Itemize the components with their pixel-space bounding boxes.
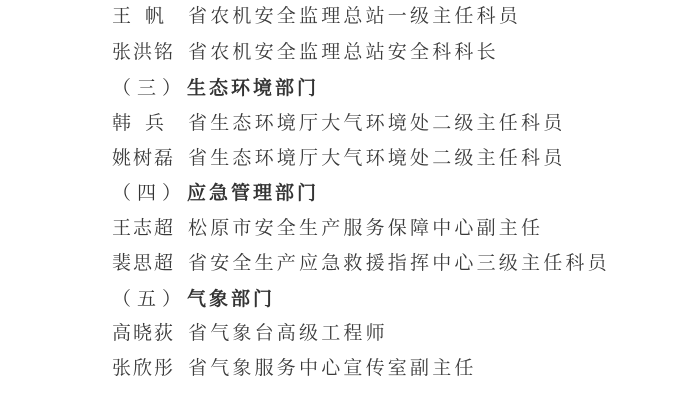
section-heading: （五）气象部门 — [112, 287, 275, 311]
person-name: 姚树磊 — [112, 146, 188, 170]
person-title: 省农机安全监理总站安全科科长 — [188, 41, 499, 63]
section-label: 气象部门 — [187, 288, 275, 310]
list-item: 韩兵省生态环境厅大气环境处二级主任科员 — [112, 111, 565, 135]
section-label: 生态环境部门 — [187, 77, 319, 99]
person-title: 省安全生产应急救援指挥中心三级主任科员 — [188, 252, 610, 274]
person-title: 松原市安全生产服务保障中心副主任 — [188, 217, 543, 239]
section-number: （三） — [112, 77, 187, 99]
document-page: 王帆省农机安全监理总站一级主任科员 张洪铭省农机安全监理总站安全科科长 （三）生… — [0, 0, 688, 395]
section-number: （四） — [112, 182, 187, 204]
list-item: 高晓荻省气象台高级工程师 — [112, 321, 388, 345]
list-item: 姚树磊省生态环境厅大气环境处二级主任科员 — [112, 146, 565, 170]
list-item: 王帆省农机安全监理总站一级主任科员 — [112, 4, 521, 28]
person-name: 张欣彤 — [112, 356, 188, 380]
person-name: 张洪铭 — [112, 40, 188, 64]
person-title: 省生态环境厅大气环境处二级主任科员 — [188, 112, 565, 134]
person-name: 王志超 — [112, 216, 188, 240]
list-item: 张洪铭省农机安全监理总站安全科科长 — [112, 40, 499, 64]
person-name: 韩兵 — [112, 111, 188, 135]
person-title: 省气象服务中心宣传室副主任 — [188, 357, 477, 379]
person-name: 高晓荻 — [112, 321, 188, 345]
section-heading: （三）生态环境部门 — [112, 76, 319, 100]
person-title: 省气象台高级工程师 — [188, 322, 388, 344]
list-item: 张欣彤省气象服务中心宣传室副主任 — [112, 356, 477, 380]
section-number: （五） — [112, 288, 187, 310]
section-heading: （四）应急管理部门 — [112, 181, 319, 205]
person-title: 省农机安全监理总站一级主任科员 — [188, 5, 521, 27]
list-item: 裴思超省安全生产应急救援指挥中心三级主任科员 — [112, 251, 610, 275]
person-name: 王帆 — [112, 4, 188, 28]
section-label: 应急管理部门 — [187, 182, 319, 204]
person-name: 裴思超 — [112, 251, 188, 275]
list-item: 王志超松原市安全生产服务保障中心副主任 — [112, 216, 543, 240]
person-title: 省生态环境厅大气环境处二级主任科员 — [188, 147, 565, 169]
